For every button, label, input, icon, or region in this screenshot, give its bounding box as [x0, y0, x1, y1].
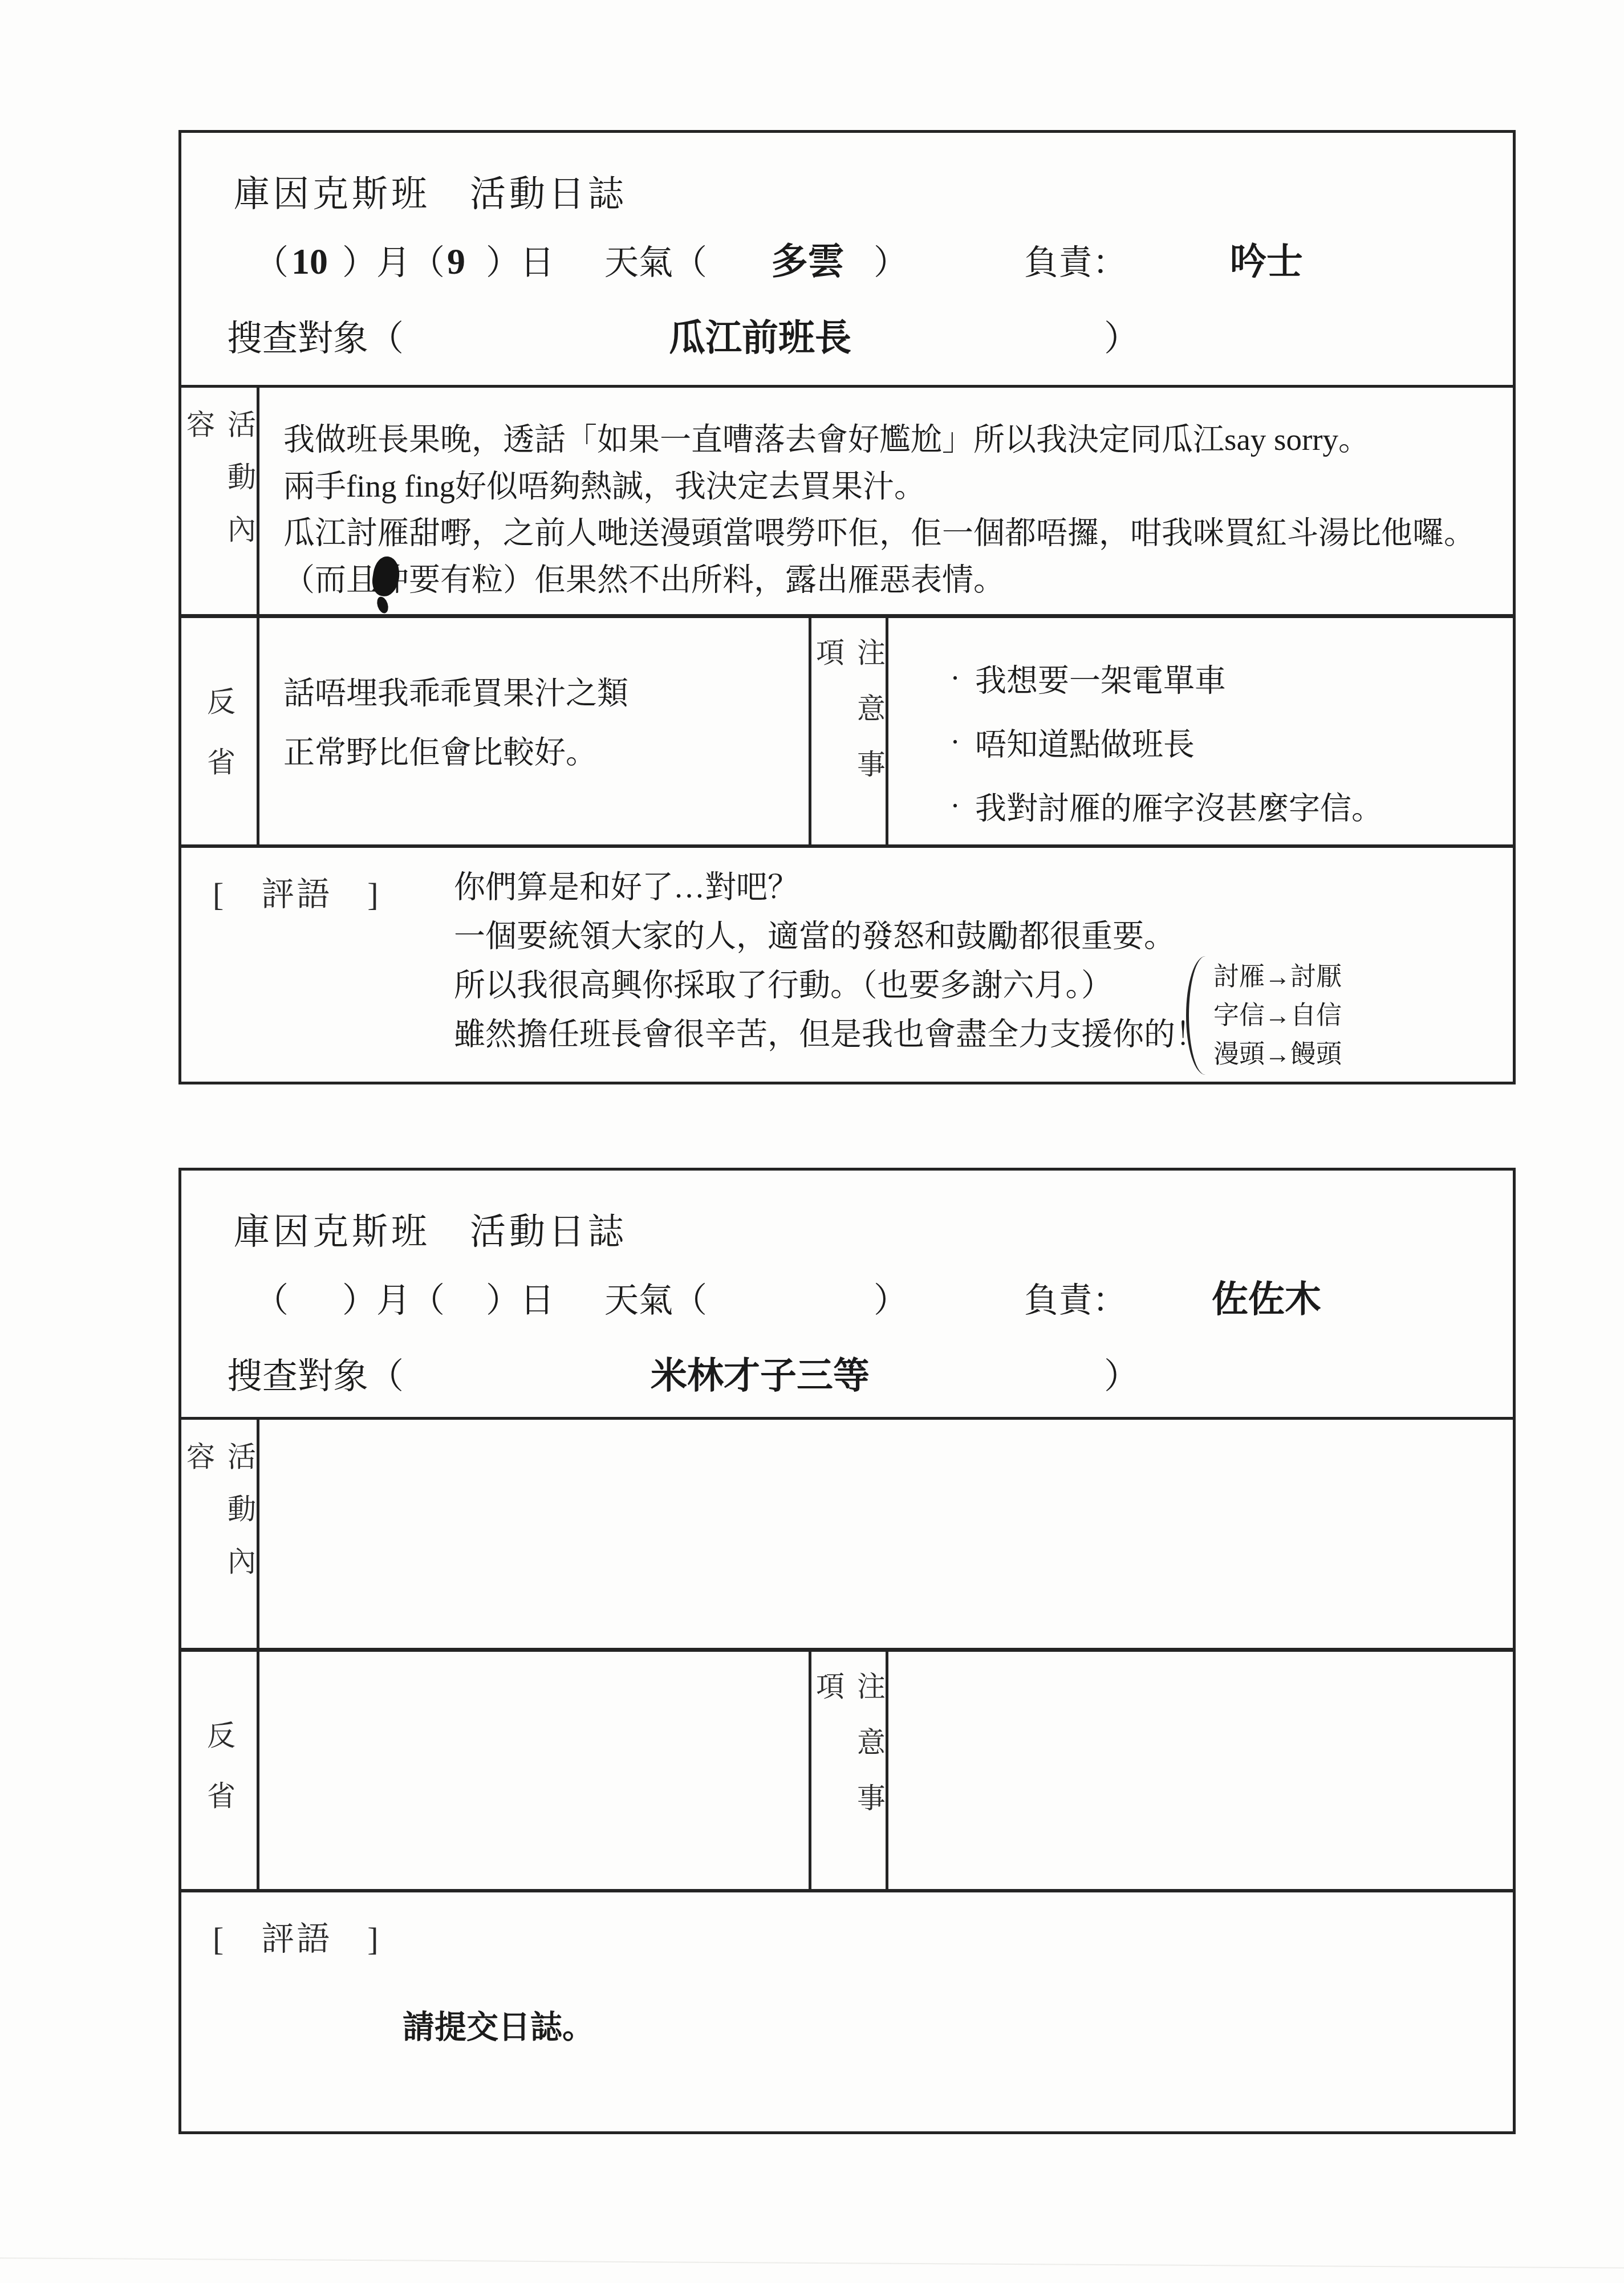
- date-weather-line: （ ）月（ ）日 天氣（ ） 負責： 佐佐木: [181, 1278, 1513, 1323]
- weather-close-paren: ）: [874, 240, 908, 286]
- notes-label-column: 注意事項: [811, 618, 888, 844]
- day-label: ）日: [486, 1278, 554, 1323]
- reflection-label: 反省: [198, 618, 239, 844]
- target-value: 米林才子三等: [449, 1353, 1071, 1399]
- activity-log-form-1: 庫因克斯班 活動日誌 （ 10 ）月（ 9 ）日 天氣（ 多雲 ） 負責： 吟士…: [178, 130, 1516, 1084]
- notes-content: ・我想要一架電單車 ・唔知道點做班長 ・我對討雁的雁字沒甚麼字信。: [888, 618, 1513, 844]
- scan-edge-artifact: [0, 2257, 1624, 2269]
- activity-line4-post: 要有粒）佢果然不出所料，露出雁惡表情。: [409, 562, 1005, 597]
- comment-row: [ 評語 ] 請提交日誌。: [181, 1892, 1513, 2122]
- reflection-row: 反省 注意事項: [181, 1652, 1513, 1892]
- comment-line: 所以我很高興你採取了行動。（也要多謝六月。）: [454, 961, 1207, 1010]
- duty-label: 負責：: [1024, 1278, 1127, 1323]
- correction-notes: 討雁→討厭 字信→自信 漫頭→饅頭: [1186, 956, 1342, 1075]
- month-open-paren: （: [254, 1278, 289, 1323]
- correction-line: 討雁→討厭: [1213, 957, 1342, 996]
- day-value: 9: [428, 239, 485, 285]
- target-label: 搜查對象（: [227, 1354, 404, 1400]
- date-weather-line: （ 10 ）月（ 9 ）日 天氣（ 多雲 ） 負責： 吟士: [181, 240, 1513, 286]
- comment-label: [ 評語 ]: [213, 1912, 381, 1960]
- note-item: ・我對討雁的雁字沒甚麼字信。: [945, 779, 1507, 843]
- correction-lines: 討雁→討厭 字信→自信 漫頭→饅頭: [1213, 957, 1342, 1074]
- month-value: 10: [278, 239, 341, 285]
- bullet-dot-icon: ・: [945, 650, 965, 709]
- reflection-row: 反省 話唔埋我乖乖買果汁之類 正常野比佢會比較好。 注意事項 ・我想要一架電單車…: [181, 618, 1513, 848]
- target-close-paren: ）: [1104, 316, 1139, 362]
- comment-row: [ 評語 ] 你們算是和好了…對吧？ 一個要統領大家的人，適當的發怒和鼓勵都很重…: [181, 848, 1513, 1073]
- notes-label-column: 注意事項: [811, 1652, 888, 1889]
- duty-label: 負責：: [1024, 240, 1127, 286]
- note-item: ・我想要一架電單車: [945, 651, 1507, 715]
- comment-line: 你們算是和好了…對吧？: [454, 863, 1207, 912]
- comment-label: [ 評語 ]: [213, 867, 381, 915]
- note-item: ・唔知道點做班長: [945, 715, 1507, 779]
- comment-line: 一個要統領大家的人，適當的發怒和鼓勵都很重要。: [454, 912, 1207, 961]
- reflection-content-empty: [259, 1652, 811, 1889]
- target-line: 搜查對象（ 瓜江前班長 ）: [181, 316, 1513, 362]
- form-title: 庫因克斯班 活動日誌: [234, 1203, 627, 1254]
- target-value: 瓜江前班長: [449, 315, 1071, 361]
- weather-close-paren: ）: [874, 1278, 908, 1323]
- comment-text: 你們算是和好了…對吧？ 一個要統領大家的人，適當的發怒和鼓勵都很重要。 所以我很…: [454, 863, 1207, 1059]
- activity-line-with-blot: （而且仲要有粒）佢果然不出所料，露出雁惡表情。: [283, 556, 1496, 603]
- activity-log-form-2: 庫因克斯班 活動日誌 （ ）月（ ）日 天氣（ ） 負責： 佐佐木 搜查對象（ …: [178, 1168, 1516, 2134]
- weather-label: 天氣（: [604, 240, 707, 286]
- activity-content: 我做班長果晚，透話「如果一直嘈落去會好尷尬」所以我決定同瓜江say sorry。…: [259, 388, 1513, 614]
- comment-line: 雖然擔任班長會很辛苦，但是我也會盡全力支援你的！: [454, 1010, 1207, 1059]
- bullet-dot-icon: ・: [945, 714, 965, 773]
- note-text: 唔知道點做班長: [975, 727, 1195, 762]
- ink-blot-over-character: 仲: [377, 556, 409, 603]
- target-label: 搜查對象（: [227, 316, 404, 362]
- activity-row: 活動內容 我做班長果晚，透話「如果一直嘈落去會好尷尬」所以我決定同瓜江say s…: [181, 388, 1513, 618]
- form-1-header: 庫因克斯班 活動日誌 （ 10 ）月（ 9 ）日 天氣（ 多雲 ） 負責： 吟士…: [181, 133, 1513, 388]
- notes-label: 注意事項: [807, 618, 890, 844]
- note-text: 我想要一架電單車: [975, 663, 1226, 698]
- duty-value: 吟士: [1195, 239, 1338, 285]
- activity-line: 我做班長果晚，透話「如果一直嘈落去會好尷尬」所以我決定同瓜江say sorry。: [283, 416, 1496, 463]
- weather-label: 天氣（: [604, 1278, 707, 1323]
- large-paren-icon: [1186, 956, 1205, 1075]
- notes-label: 注意事項: [807, 1652, 890, 1889]
- day-label: ）日: [486, 240, 554, 286]
- activity-line: 兩手fing fing好似唔夠熱誠，我決定去買果汁。: [283, 463, 1496, 510]
- activity-line: 瓜江討雁甜嘢，之前人哋送漫頭當喂勞吓佢，佢一個都唔攞，咁我咪買紅斗湯比他囉。: [283, 510, 1496, 556]
- month-label: ）月（: [342, 1278, 445, 1323]
- form-2-header: 庫因克斯班 活動日誌 （ ）月（ ）日 天氣（ ） 負責： 佐佐木 搜查對象（ …: [181, 1171, 1513, 1420]
- weather-value: 多雲: [743, 239, 872, 285]
- duty-value: 佐佐木: [1195, 1277, 1338, 1322]
- target-line: 搜查對象（ 米林才子三等 ）: [181, 1354, 1513, 1400]
- bullet-dot-icon: ・: [945, 778, 965, 837]
- reflection-label: 反省: [198, 1652, 239, 1889]
- notes-content-empty: [888, 1652, 1513, 1889]
- activity-line4-pre: （而且: [283, 562, 377, 597]
- scanned-activity-log-page: 庫因克斯班 活動日誌 （ 10 ）月（ 9 ）日 天氣（ 多雲 ） 負責： 吟士…: [0, 0, 1624, 2283]
- activity-row: 活動內容: [181, 1420, 1513, 1652]
- activity-content-empty: [259, 1420, 1513, 1648]
- target-close-paren: ）: [1104, 1354, 1139, 1400]
- note-text: 我對討雁的雁字沒甚麼字信。: [975, 791, 1383, 826]
- correction-line: 漫頭→饅頭: [1213, 1035, 1342, 1074]
- form-title: 庫因克斯班 活動日誌: [234, 165, 627, 217]
- reflection-line: 話唔埋我乖乖買果汁之類: [283, 664, 797, 723]
- reflection-line: 正常野比佢會比較好。: [283, 723, 797, 782]
- correction-line: 字信→自信: [1213, 996, 1342, 1035]
- reflection-content: 話唔埋我乖乖買果汁之類 正常野比佢會比較好。: [259, 618, 811, 844]
- submit-log-message: 請提交日誌。: [403, 2002, 594, 2048]
